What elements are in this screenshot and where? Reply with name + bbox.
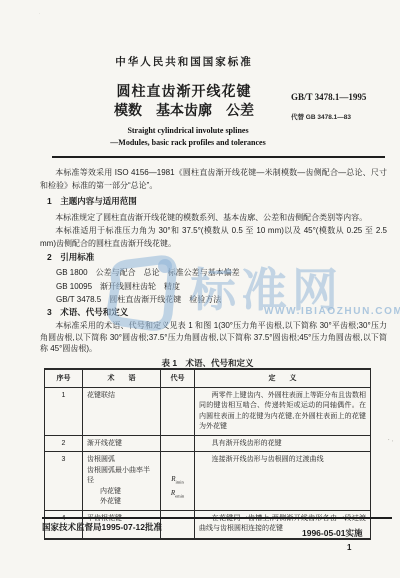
cell-term: 齿根圆弧 齿根圆弧最小曲率半径 内花键 外花键 [83, 452, 161, 511]
col-header-term: 术 语 [83, 369, 161, 387]
document-page: 标准网 WWW.IBIAOZHUN.COM 中华人民共和国国家标准 圆柱直齿渐开… [0, 0, 400, 578]
term-line: 齿根圆弧 [87, 455, 156, 466]
col-header-definition: 定 义 [195, 369, 371, 387]
foreword-paragraph: 本标准等效采用 ISO 4156—1981《圆柱直齿渐开线花键—米制模数—齿侧配… [40, 166, 387, 192]
footer-divider [42, 517, 392, 519]
section3-paragraph: 本标准采用的术语、代号和定义见表 1 和图 1(30°压力角平齿根,以下简称 3… [40, 320, 387, 355]
reference-list: GB 1800 公差与配合 总论 标准公差与基本偏差 GB 10095 渐开线圆… [56, 266, 376, 307]
implementation-date: 1996-05-01实施 [302, 527, 362, 539]
symbol-sub: emin [175, 493, 184, 498]
reference-item: GB/T 3478.5 圆柱直齿渐开线花键 检验方法 [56, 293, 376, 307]
table-row: 3 齿根圆弧 齿根圆弧最小曲率半径 内花键 外花键 Rimin Remin 连接… [45, 452, 371, 511]
term-line: 齿根圆弧最小曲率半径 [87, 466, 156, 487]
symbol-remin: Remin [165, 488, 190, 502]
reference-item: GB 1800 公差与配合 总论 标准公差与基本偏差 [56, 266, 376, 280]
cell-symbol [161, 510, 195, 539]
section2-heading: 2 引用标准 [47, 251, 94, 263]
cell-term: 花键联结 [83, 387, 161, 435]
standard-code: GB/T 3478.1—1995 [291, 92, 366, 102]
table-row: 2 渐开线花键 具有渐开线齿形的花键 [45, 435, 371, 452]
section1-paragraph2: 本标准适用于标准压力角为 30°和 37.5°(模数从 0.5 至 10 mm)… [40, 225, 387, 250]
term-line: 外花键 [87, 497, 156, 508]
terms-table: 序号 术 语 代号 定 义 1 花键联结 两零件上键齿内、外圆柱表面上等距分布且… [44, 368, 371, 540]
cell-definition: 两零件上键齿内、外圆柱表面上等距分布且齿数相同的键齿相互啮合、传递转矩或运动的同… [195, 387, 371, 435]
reference-item: GB 10095 渐开线圆柱齿轮 精度 [56, 280, 376, 294]
header-divider [52, 156, 385, 158]
english-title-line2: —Modules, basic rack profiles and tolera… [0, 138, 376, 147]
section3-heading: 3 术语、代号和定义 [47, 306, 128, 318]
watermark-url: WWW.IBIAOZHUN.COM [264, 306, 400, 317]
term-line: 内花键 [87, 487, 156, 498]
section1-paragraph1: 本标准规定了圆柱直齿渐开线花键的模数系列、基本齿廓、公差和齿侧配合类别等内容。 [40, 212, 387, 225]
cell-no: 3 [45, 452, 83, 511]
cell-definition: 连接渐开线齿形与齿根圆的过渡曲线 [195, 452, 371, 511]
cell-symbol [161, 387, 195, 435]
cell-definition: 具有渐开线齿形的花键 [195, 435, 371, 452]
cell-no: 1 [45, 387, 83, 435]
symbol-rimin: Rimin [165, 474, 190, 488]
col-header-symbol: 代号 [161, 369, 195, 387]
standard-org-title: 中华人民共和国国家标准 [0, 54, 368, 69]
cell-no: 2 [45, 435, 83, 452]
symbol-spacer [165, 455, 190, 474]
scan-artifact: ᛫᛫ [385, 437, 395, 446]
approval-note: 国家技术监督局1995-07-12批准 [42, 521, 162, 533]
replaced-standard-note: 代替 GB 3478.1—83 [291, 112, 351, 121]
symbol-sub: imin [176, 479, 184, 484]
table-row: 1 花键联结 两零件上键齿内、外圆柱表面上等距分布且齿数相同的键齿相互啮合、传递… [45, 387, 371, 435]
term-line: 花键联结 [87, 391, 156, 402]
page-number: 1 [347, 543, 351, 552]
term-line: 渐开线花键 [87, 439, 156, 450]
section1-heading: 1 主题内容与适用范围 [47, 195, 137, 207]
table-header-row: 序号 术 语 代号 定 义 [45, 369, 371, 387]
cell-term: 渐开线花键 [83, 435, 161, 452]
cell-symbol [161, 435, 195, 452]
cell-symbol: Rimin Remin [161, 452, 195, 511]
english-title-line1: Straight cylindrical involute splines [0, 126, 376, 135]
scan-artifact: ᛫ [38, 12, 41, 18]
col-header-no: 序号 [45, 369, 83, 387]
